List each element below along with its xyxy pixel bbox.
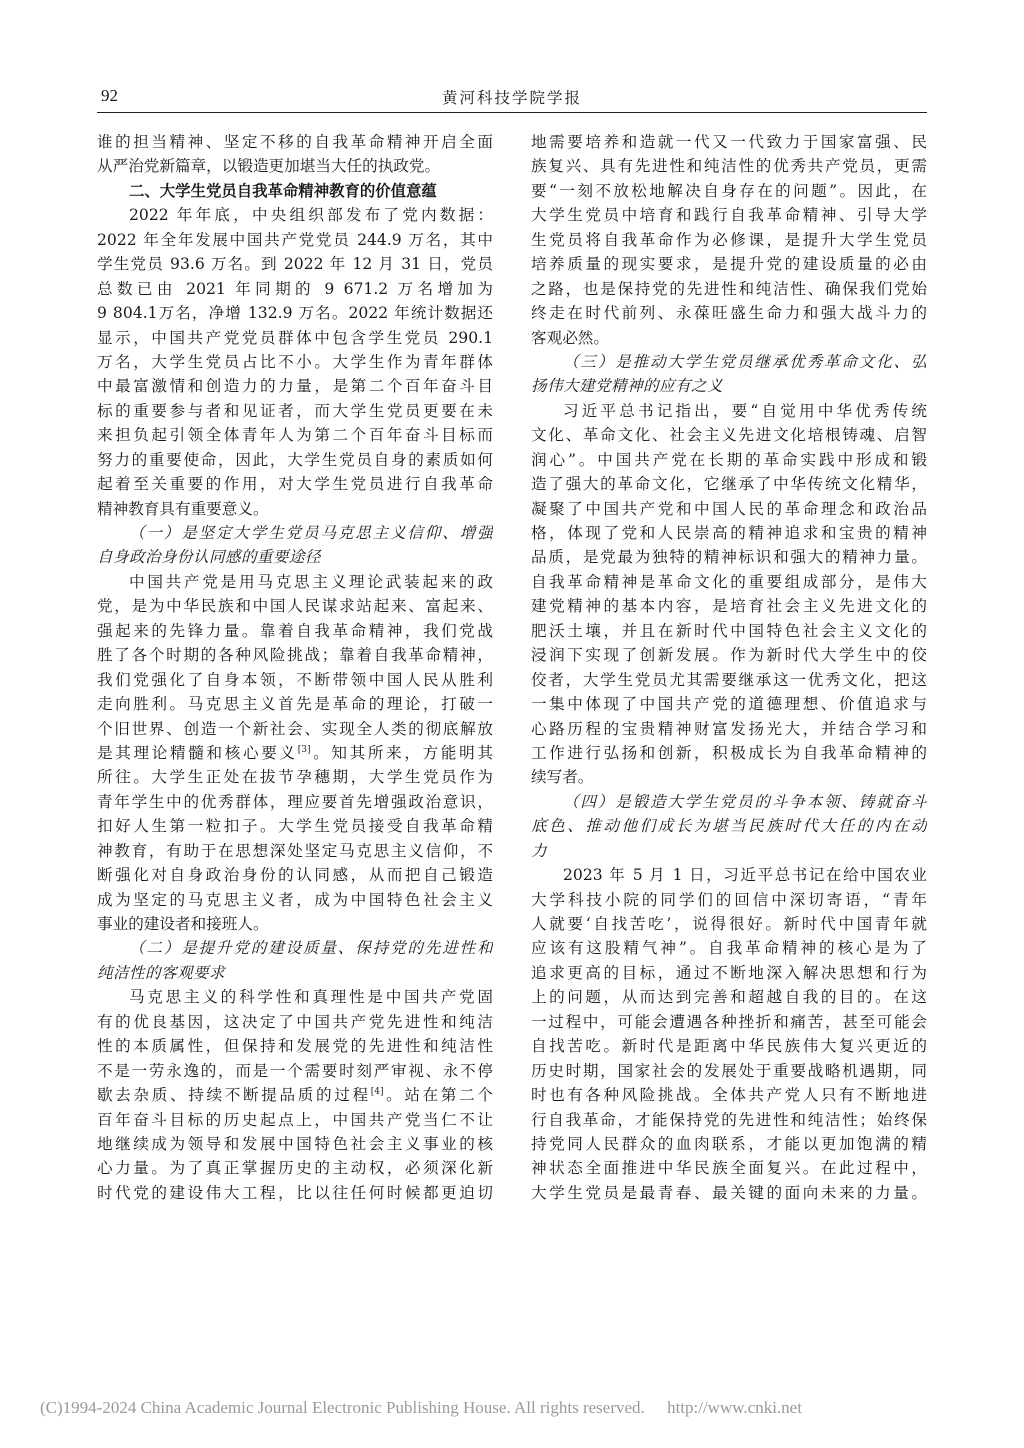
text-line: 来担负起引领全体青年人为第二个百年奋斗目标而 <box>97 423 493 447</box>
text-line: 凝聚了中国共产党和中国人民的革命理念和政治品 <box>531 497 927 521</box>
text-line: 强起来的先锋力量。靠着自我革命精神，我们党战 <box>97 619 493 643</box>
header-rule <box>97 112 927 113</box>
text-line: 我们党强化了自身本领，不断带领中国人民从胜利 <box>97 668 493 692</box>
text-line: 总数已由 2021 年同期的 9 671.2 万名增加为 <box>97 277 493 301</box>
text-line: 地需要培养和造就一代又一代致力于国家富强、民 <box>531 130 927 154</box>
text-line: 一过程中，可能会遭遇各种挫折和痛苦，甚至可能会 <box>531 1010 927 1034</box>
text-line: 要“一刻不放松地解决自身存在的问题”。因此，在 <box>531 179 927 203</box>
subsection-heading-line: 扬伟大建党精神的应有之义 <box>531 374 927 398</box>
text-line: 续写者。 <box>531 765 927 789</box>
cnki-link[interactable]: http://www.cnki.net <box>667 1398 802 1417</box>
text-line: 起着至关重要的作用，对大学生党员进行自我革命 <box>97 472 493 496</box>
subsection-heading-line: （四）是锻造大学生党员的斗争本领、铸就奋斗 <box>531 790 927 814</box>
text-line: 扣好人生第一粒扣子。大学生党员接受自我革命精 <box>97 814 493 838</box>
text-line: 追求更高的目标，通过不断地深入解决思想和行为 <box>531 961 927 985</box>
text-line: 断强化对自身政治身份的认同感，从而把自己锻造 <box>97 863 493 887</box>
text-line: 一集中体现了中国共产党的道德理想、价值追求与 <box>531 692 927 716</box>
subsection-heading-line: 力 <box>531 839 927 863</box>
text-line: 神状态全面推进中华民族全面复兴。在此过程中， <box>531 1156 927 1180</box>
text-line: 培养质量的现实要求，是提升党的建设质量的必由 <box>531 252 927 276</box>
text-line: 生党员将自我革命作为必修课，是提升大学生党员 <box>531 228 927 252</box>
text-line: 客观必然。 <box>531 326 927 350</box>
text-line: 事业的建设者和接班人。 <box>97 912 493 936</box>
text-line: 心路历程的宝贵精神财富发扬光大，并结合学习和 <box>531 717 927 741</box>
text-line: 大学生党员是最青春、最关键的面向未来的力量。 <box>531 1181 927 1205</box>
text-line: 上的问题，从而达到完善和超越自我的目的。在这 <box>531 985 927 1009</box>
text-line: 学生党员 93.6 万名。到 2022 年 12 月 31 日，党员 <box>97 252 493 276</box>
text-line: 应该有这股精气神”。自我革命精神的核心是为了 <box>531 936 927 960</box>
subsection-heading-line: （三）是推动大学生党员继承优秀革命文化、弘 <box>531 350 927 374</box>
text-line: 地继续成为领导和发展中国特色社会主义事业的核 <box>97 1132 493 1156</box>
text-line: 不是一劳永逸的，而是一个需要时刻严审视、永不停 <box>97 1059 493 1083</box>
text-line: 显示，中国共产党党员群体中包含学生党员 290.1 <box>97 326 493 350</box>
text-line: 浸润下实现了创新发展。作为新时代大学生中的佼 <box>531 643 927 667</box>
text-line: 所往。大学生正处在拔节孕穗期，大学生党员作为 <box>97 765 493 789</box>
text-line: 万名，大学生党员占比不小。大学生作为青年群体 <box>97 350 493 374</box>
text-line: 人就要‘自找苦吃’，说得很好。新时代中国青年就 <box>531 912 927 936</box>
citation-marker[interactable]: [4] <box>371 1087 384 1097</box>
text-line: 终走在时代前列、永葆旺盛生命力和强大战斗力的 <box>531 301 927 325</box>
text-line: 族复兴、具有先进性和纯洁性的优秀共产党员，更需 <box>531 154 927 178</box>
text-line: 肥沃土壤，并且在新时代中国特色社会主义文化的 <box>531 619 927 643</box>
text-line: 行自我革命，才能保持党的先进性和纯洁性；始终保 <box>531 1108 927 1132</box>
text-line: 2022 年年底，中央组织部发布了党内数据： <box>97 203 493 227</box>
text-line: 大学科技小院的同学们的回信中深切寄语，“青年 <box>531 888 927 912</box>
subsection-heading-line: 自身政治身份认同感的重要途径 <box>97 545 493 569</box>
text-line: 心力量。为了真正掌握历史的主动权，必须深化新 <box>97 1156 493 1180</box>
text-line: 从严治党新篇章，以锻造更加堪当大任的执政党。 <box>97 154 493 178</box>
text-line: 文化、革命文化、社会主义先进文化培根铸魂、启智 <box>531 423 927 447</box>
subsection-heading-line: 底色、推动他们成长为堪当民族时代大任的内在动 <box>531 814 927 838</box>
right-column: 地需要培养和造就一代又一代致力于国家富强、民族复兴、具有先进性和纯洁性的优秀共产… <box>531 130 927 1205</box>
text-line: 马克思主义的科学性和真理性是中国共产党固 <box>97 985 493 1009</box>
text-line: 时也有各种风险挑战。全体共产党人只有不断地进 <box>531 1083 927 1107</box>
text-line: 造了强大的革命文化，它继承了中华传统文化精华， <box>531 472 927 496</box>
text-line: 历史时期，国家社会的发展处于重要战略机遇期，同 <box>531 1059 927 1083</box>
subsection-heading-line: （一）是坚定大学生党员马克思主义信仰、增强 <box>97 521 493 545</box>
text-line: 工作进行弘扬和创新，积极成长为自我革命精神的 <box>531 741 927 765</box>
text-line: 个旧世界、创造一个新社会、实现全人类的彻底解放 <box>97 717 493 741</box>
text-line: 之路，也是保持党的先进性和纯洁性、确保我们党始 <box>531 277 927 301</box>
citation-marker[interactable]: [3] <box>298 745 311 755</box>
text-line: 胜了各个时期的各种风险挑战；靠着自我革命精神， <box>97 643 493 667</box>
text-line: 努力的重要使命，因此，大学生党员自身的素质如何 <box>97 448 493 472</box>
text-line: 有的优良基因，这决定了中国共产党先进性和纯洁 <box>97 1010 493 1034</box>
text-line: 谁的担当精神、坚定不移的自我革命精神开启全面 <box>97 130 493 154</box>
text-line: 神教育，有助于在思想深处坚定马克思主义信仰，不 <box>97 839 493 863</box>
left-column: 谁的担当精神、坚定不移的自我革命精神开启全面从严治党新篇章，以锻造更加堪当大任的… <box>97 130 493 1205</box>
text-line: 建党精神的基本内容，是培育社会主义先进文化的 <box>531 594 927 618</box>
text-line: 是其理论精髓和核心要义[3]。知其所来，方能明其 <box>97 741 493 765</box>
text-line: 中最富激情和创造力的力量，是第二个百年奋斗目 <box>97 374 493 398</box>
running-header: 92 黄河科技学院学报 <box>97 84 927 112</box>
text-line: 自我革命精神是革命文化的重要组成部分，是伟大 <box>531 570 927 594</box>
text-line: 党，是为中华民族和中国人民谋求站起来、富起来、 <box>97 594 493 618</box>
text-line: 佼者，大学生党员尤其需要继承这一优秀文化，把这 <box>531 668 927 692</box>
text-line: 自找苦吃。新时代是距离中华民族伟大复兴更近的 <box>531 1034 927 1058</box>
text-line: 持党同人民群众的血肉联系，才能以更加饱满的精 <box>531 1132 927 1156</box>
text-line: 成为坚定的马克思主义者，成为中国特色社会主义 <box>97 888 493 912</box>
text-line: 9 804.1万名，净增 132.9 万名。2022 年统计数据还 <box>97 301 493 325</box>
text-line: 走向胜利。马克思主义首先是革命的理论，打破一 <box>97 692 493 716</box>
text-line: 百年奋斗目标的历史起点上，中国共产党当仁不让 <box>97 1108 493 1132</box>
text-line: 润心”。中国共产党在长期的革命实践中形成和锻 <box>531 448 927 472</box>
text-line: 习近平总书记指出，要“自觉用中华优秀传统 <box>531 399 927 423</box>
text-line: 歇去杂质、持续不断提品质的过程[4]。站在第二个 <box>97 1083 493 1107</box>
subsection-heading-line: （二）是提升党的建设质量、保持党的先进性和 <box>97 936 493 960</box>
text-line: 时代党的建设伟大工程，比以往任何时候都更迫切 <box>97 1181 493 1205</box>
text-line: 性的本质属性，但保持和发展党的先进性和纯洁性 <box>97 1034 493 1058</box>
copyright-footer: (C)1994-2024 China Academic Journal Elec… <box>40 1398 802 1418</box>
text-line: 品质，是党最为独特的精神标识和强大的精神力量。 <box>531 545 927 569</box>
journal-title: 黄河科技学院学报 <box>97 86 927 108</box>
text-line: 大学生党员中培育和践行自我革命精神、引导大学 <box>531 203 927 227</box>
copyright-text: (C)1994-2024 China Academic Journal Elec… <box>40 1398 645 1417</box>
text-line: 格，体现了党和人民崇高的精神追求和宝贵的精神 <box>531 521 927 545</box>
text-line: 标的重要参与者和见证者，而大学生党员更要在未 <box>97 399 493 423</box>
text-line: 精神教育具有重要意义。 <box>97 497 493 521</box>
subsection-heading-line: 纯洁性的客观要求 <box>97 961 493 985</box>
text-line: 2023 年 5 月 1 日，习近平总书记在给中国农业 <box>531 863 927 887</box>
text-line: 2022 年全年发展中国共产党党员 244.9 万名，其中 <box>97 228 493 252</box>
text-line: 中国共产党是用马克思主义理论武装起来的政 <box>97 570 493 594</box>
section-heading: 二、大学生党员自我革命精神教育的价值意蕴 <box>97 179 493 203</box>
text-line: 青年学生中的优秀群体，理应要首先增强政治意识， <box>97 790 493 814</box>
